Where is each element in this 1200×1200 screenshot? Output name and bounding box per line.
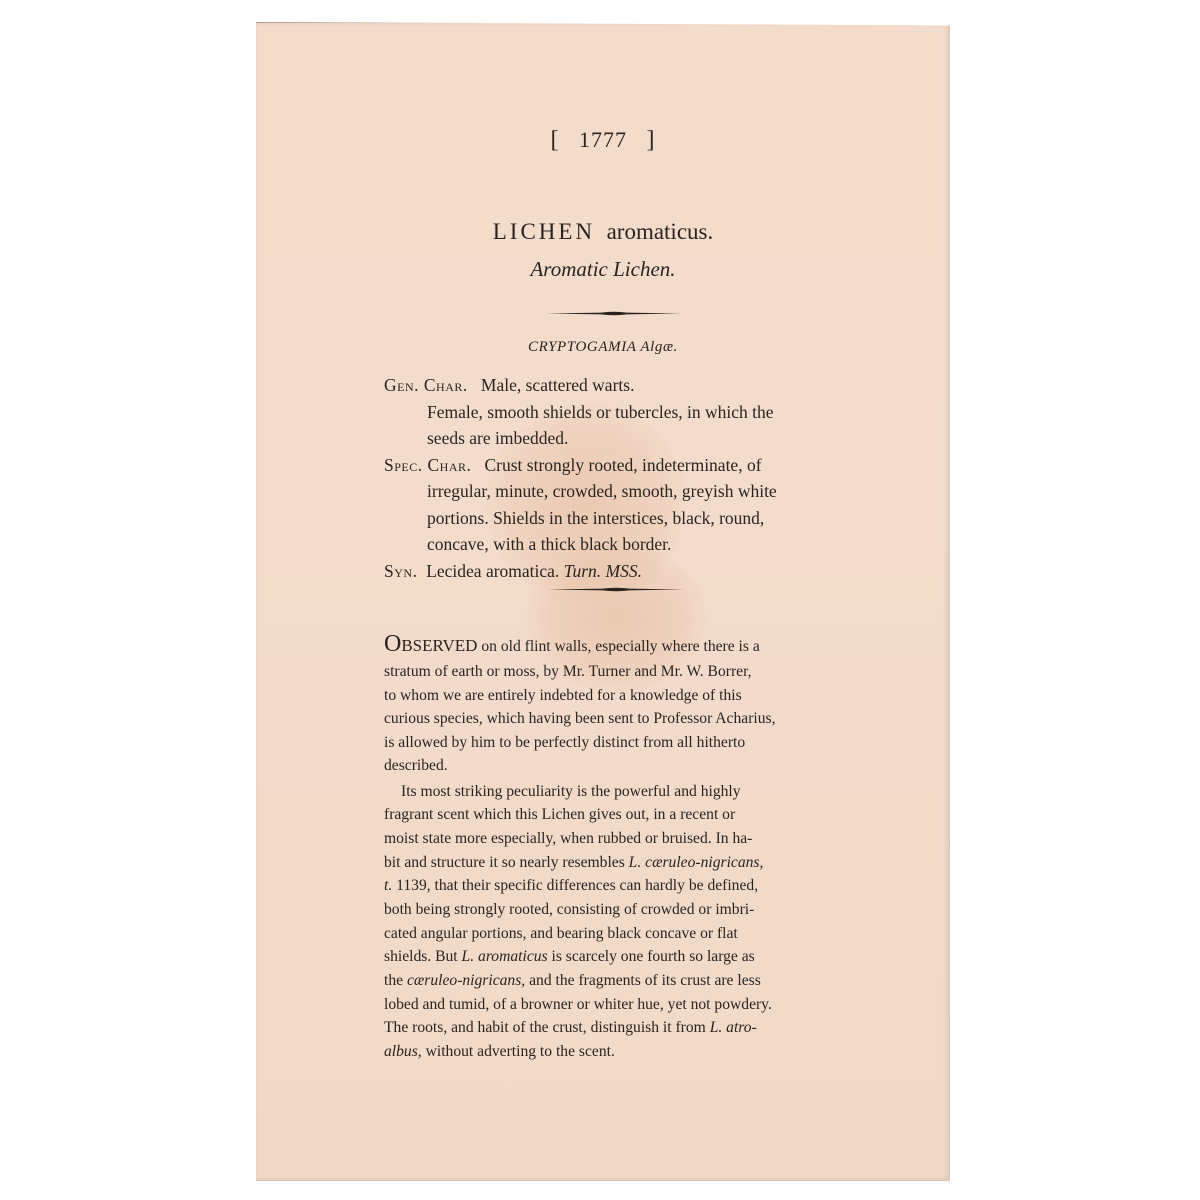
spec-char-line-2: irregular, minute, crowded, smooth, grey… (427, 481, 777, 502)
genus-name: LICHEN (493, 219, 595, 244)
gen-char-line-1: Gen. Char. Male, scattered warts. (384, 375, 634, 396)
spec-char-text: Crust strongly rooted, indeterminate, of (485, 455, 762, 475)
page-number: [ 1777 ] (256, 127, 950, 154)
species-title: LICHEN aromaticus. (256, 219, 950, 245)
ornamental-rule-middle (548, 587, 684, 590)
gen-char-text: Male, scattered warts. (481, 375, 635, 395)
paragraph-2-line-4: bit and structure it so nearly resembles… (384, 854, 763, 872)
paragraph-2-line-5: t. 1139, that their specific differences… (384, 877, 758, 895)
table-reference: t. (384, 877, 392, 894)
paragraph-2-line-8: shields. But L. aromaticus is scarcely o… (384, 948, 755, 966)
paragraph-2-line-12: albus, without adverting to the scent. (384, 1043, 615, 1061)
paragraph-1-line-5: is allowed by him to be perfectly distin… (384, 734, 745, 752)
paragraph-2-line-3: moist state more especially, when rubbed… (384, 830, 752, 848)
paragraph-text: The roots, and habit of the crust, disti… (384, 1019, 710, 1036)
paragraph-2-line-10: lobed and tumid, of a browner or whiter … (384, 996, 772, 1014)
gen-char-label: Gen. Char. (384, 375, 468, 395)
species-reference: L. cæruleo-nigricans, (629, 854, 764, 871)
species-reference: L. aromaticus (462, 948, 548, 965)
spec-char-line-4: concave, with a thick black border. (427, 534, 671, 555)
paragraph-text: without adverting to the scent. (422, 1043, 615, 1060)
classification-line: CRYPTOGAMIA Algæ. (256, 339, 950, 356)
page-number-value: 1777 (579, 127, 627, 152)
bracket-close: ] (647, 127, 656, 153)
paragraph-text: the (384, 972, 407, 989)
synonym-line: Syn. Lecidea aromatica. Turn. MSS. (384, 561, 642, 582)
synonym-reference: Turn. MSS. (564, 561, 642, 581)
bracket-open: [ (551, 127, 560, 153)
spec-char-line-1: Spec. Char. Crust strongly rooted, indet… (384, 455, 762, 476)
species-name: aromaticus. (607, 219, 714, 244)
ornamental-rule-top (546, 311, 682, 314)
paragraph-text: on old flint walls, especially where the… (477, 638, 759, 655)
gen-char-line-3: seeds are imbedded. (427, 428, 568, 449)
paragraph-text: and the fragments of its crust are less (525, 972, 761, 989)
paragraph-text: shields. But (384, 948, 462, 965)
spec-char-line-3: portions. Shields in the interstices, bl… (427, 508, 764, 529)
paragraph-2-line-9: the cæruleo-nigricans, and the fragments… (384, 972, 761, 990)
paragraph-text: is scarcely one fourth so large as (548, 948, 755, 965)
paragraph-1-line-2: stratum of earth or moss, by Mr. Turner … (384, 663, 752, 681)
species-reference: albus, (384, 1043, 422, 1060)
synonym-label: Syn. (384, 561, 417, 581)
gen-char-line-2: Female, smooth shields or tubercles, in … (427, 402, 774, 423)
paragraph-2-line-7: cated angular portions, and bearing blac… (384, 925, 738, 943)
paragraph-text: bit and structure it so nearly resembles (384, 854, 629, 871)
paragraph-1-line-6: described. (384, 757, 448, 775)
paragraph-1-line-4: curious species, which having been sent … (384, 710, 776, 728)
paragraph-text: 1139, that their specific differences ca… (392, 877, 758, 894)
synonym-text: Lecidea aromatica. (426, 561, 559, 581)
paragraph-1-line-3: to whom we are entirely indebted for a k… (384, 687, 742, 705)
paragraph-2-line-1: Its most striking peculiarity is the pow… (401, 783, 741, 801)
spec-char-label: Spec. Char. (384, 455, 471, 475)
paragraph-2-line-2: fragrant scent which this Lichen gives o… (384, 806, 735, 824)
paragraph-1-line-1: OBSERVED on old flint walls, especially … (384, 631, 760, 658)
paragraph-2-line-6: both being strongly rooted, consisting o… (384, 901, 754, 919)
common-name: Aromatic Lichen. (256, 257, 950, 282)
paragraph-2-line-11: The roots, and habit of the crust, disti… (384, 1019, 757, 1037)
drop-capital: O (384, 631, 401, 657)
order-name: Algæ. (640, 339, 678, 355)
species-reference: L. atro- (710, 1019, 757, 1036)
book-page: [ 1777 ] LICHEN aromaticus. Aromatic Lic… (256, 22, 950, 1181)
species-reference: cæruleo-nigricans, (407, 972, 525, 989)
class-name: CRYPTOGAMIA (528, 339, 636, 355)
lead-word: BSERVED (401, 636, 477, 655)
